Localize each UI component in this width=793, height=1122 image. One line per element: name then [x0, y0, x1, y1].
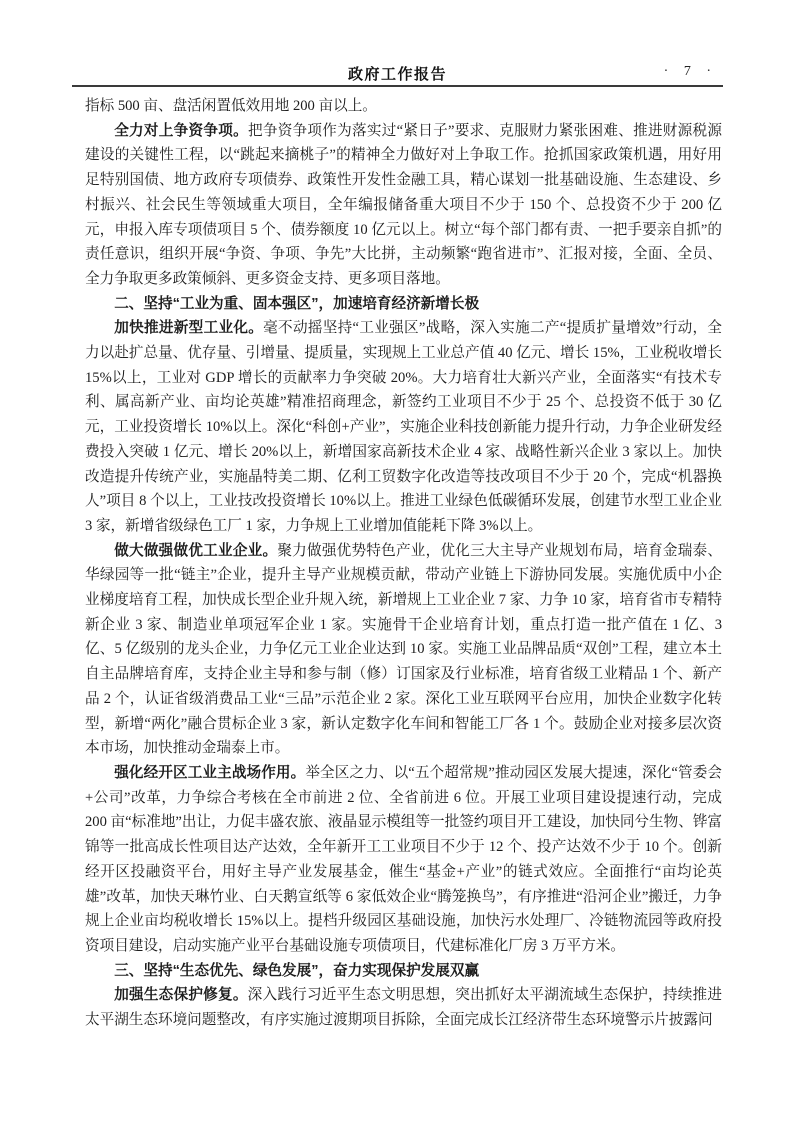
page-header: 政府工作报告 · 7 · — [72, 63, 723, 85]
paragraph-development-zone: 强化经开区工业主战场作用。举全区之力、以“五个超常规”推动园区发展大提速，深化“… — [85, 761, 722, 959]
paragraph-new-industrialization: 加快推进新型工业化。毫不动摇坚持“工业强区”战略，深入实施二产“提质扩量增效”行… — [85, 316, 722, 538]
report-title: 政府工作报告 — [72, 63, 723, 84]
paragraph-strengthen-enterprises: 做大做强做优工业企业。聚力做强优势特色产业，优化三大主导产业规划布局，培育金瑞泰… — [85, 539, 722, 761]
paragraph-text: 毫不动摇坚持“工业强区”战略，深入实施二产“提质扩量增效”行动，全力以赴扩总量、… — [85, 320, 722, 534]
paragraph-funding-efforts: 全力对上争资争项。把争资争项作为落实过“紧日子”要求、克服财力紧张困难、推进财源… — [85, 119, 722, 292]
paragraph-continuation: 指标 500 亩、盘活闲置低效用地 200 亩以上。 — [85, 94, 722, 119]
report-body: 指标 500 亩、盘活闲置低效用地 200 亩以上。 全力对上争资争项。把争资争… — [85, 94, 722, 1033]
paragraph-lead: 加快推进新型工业化。 — [114, 320, 263, 336]
section-heading-industry: 二、坚持“工业为重、固本强区”，加速培育经济新增长极 — [85, 292, 722, 317]
paragraph-text: 指标 500 亩、盘活闲置低效用地 200 亩以上。 — [85, 98, 377, 114]
paragraph-lead: 全力对上争资争项。 — [114, 123, 248, 139]
paragraph-lead: 强化经开区工业主战场作用。 — [114, 765, 305, 781]
document-page: 政府工作报告 · 7 · 指标 500 亩、盘活闲置低效用地 200 亩以上。 … — [0, 0, 793, 1122]
paragraph-text: 聚力做强优势特色产业，优化三大主导产业规划布局，培育金瑞泰、华绿园等一批“链主”… — [85, 543, 722, 757]
section-heading-ecology: 三、坚持“生态优先、绿色发展”，奋力实现保护发展双赢 — [85, 959, 722, 984]
paragraph-text: 把争资争项作为落实过“紧日子”要求、克服财力紧张困难、推进财源税源建设的关键性工… — [85, 123, 722, 287]
paragraph-lead: 做大做强做优工业企业。 — [114, 543, 277, 559]
paragraph-text: 举全区之力、以“五个超常规”推动园区发展大提速，深化“管委会+公司”改革，力争综… — [85, 765, 722, 954]
header-rule — [72, 85, 723, 87]
paragraph-lead: 加强生态保护修复。 — [114, 987, 247, 1003]
paragraph-ecological-protection: 加强生态保护修复。深入践行习近平生态文明思想，突出抓好太平湖流域生态保护，持续推… — [85, 983, 722, 1032]
page-number: · 7 · — [664, 64, 717, 80]
